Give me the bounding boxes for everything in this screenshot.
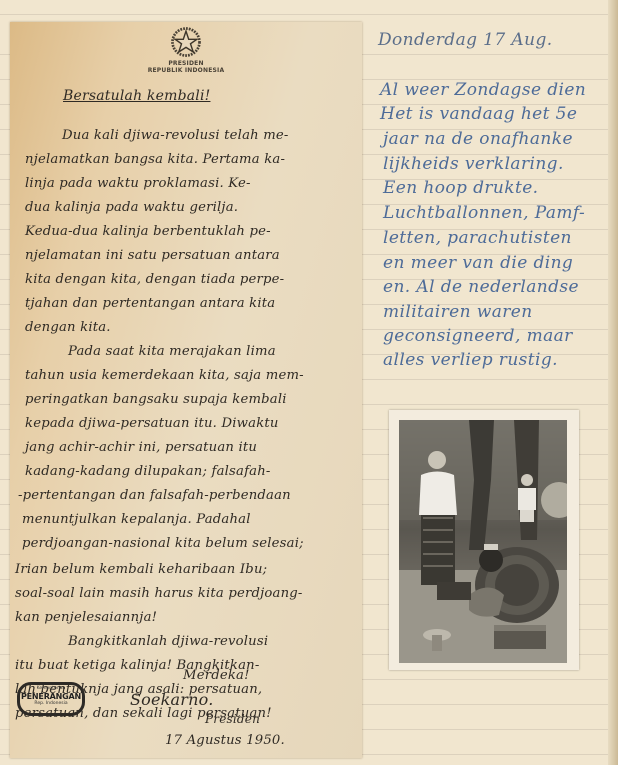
snapshot-photo bbox=[399, 420, 567, 663]
diary-line: alles verliep rustig. bbox=[383, 350, 558, 370]
diary-line: en meer van die ding bbox=[383, 253, 573, 273]
stamp-middle: PENERANGAN bbox=[20, 692, 82, 701]
letter-line: kepada djiwa-persatuan itu. Diwaktu bbox=[25, 416, 279, 431]
letterhead-line-1: PRESIDEN bbox=[10, 60, 362, 67]
diary-line: Al weer Zondagse dien bbox=[380, 80, 586, 100]
diary-line: lijkheids verklaring. bbox=[383, 154, 564, 174]
letter-line: kan penjelesaiannja! bbox=[15, 610, 157, 625]
letter-line: peringatkan bangsaku supaja kembali bbox=[25, 392, 287, 407]
president-letter: PRESIDEN REPUBLIK INDONESIA Bersatulah k… bbox=[10, 22, 362, 758]
letter-line: njelamatan ini satu persatuan antara bbox=[25, 248, 280, 263]
star-wreath-emblem-icon bbox=[168, 24, 204, 60]
letter-line: dengan kita. bbox=[25, 320, 111, 335]
photo-frame bbox=[389, 410, 579, 670]
penerangan-stamp: Kementerian PENERANGAN Rep. Indonesia bbox=[17, 682, 85, 716]
page-edge bbox=[608, 0, 618, 765]
diary-date: Donderdag 17 Aug. bbox=[378, 30, 553, 50]
letter-line: perdjoangan-nasional kita belum selesai; bbox=[22, 536, 304, 551]
letter-line: Kedua-dua kalinja berbentuklah pe- bbox=[25, 224, 271, 239]
letter-line: Irian belum kembali keharibaan Ibu; bbox=[15, 562, 267, 577]
letter-line: linja pada waktu proklamasi. Ke- bbox=[25, 176, 251, 191]
letter-line: menuntjulkan kepalanja. Padahal bbox=[22, 512, 251, 527]
letter-line: njelamatkan bangsa kita. Pertama ka- bbox=[25, 152, 285, 167]
letter-line: kadang-kadang dilupakan; falsafah- bbox=[25, 464, 271, 479]
diary-line: militairen waren bbox=[383, 302, 533, 322]
letter-line: jang achir-achir ini, persatuan itu bbox=[25, 440, 257, 455]
letter-line: soal-soal lain masih harus kita perdjoan… bbox=[15, 586, 303, 601]
diary-line: jaar na de onafhanke bbox=[383, 129, 573, 149]
letter-date: 17 Agustus 1950. bbox=[165, 733, 285, 748]
letter-line: tjahan dan pertentangan antara kita bbox=[25, 296, 275, 311]
letter-line: kita dengan kita, dengan tiada perpe- bbox=[25, 272, 284, 287]
letter-closing: Merdeka! bbox=[183, 668, 250, 683]
letter-line: Pada saat kita merajakan lima bbox=[68, 344, 276, 359]
diary-line: Een hoop drukte. bbox=[383, 178, 538, 198]
letter-line: tahun usia kemerdekaan kita, saja mem- bbox=[25, 368, 304, 383]
letter-title: Bersatulah kembali! bbox=[63, 88, 210, 104]
diary-line: Luchtballonnen, Pamf- bbox=[383, 203, 585, 223]
diary-line: geconsigneerd, maar bbox=[383, 326, 573, 346]
photo-image-icon bbox=[399, 420, 567, 663]
stamp-bottom: Rep. Indonesia bbox=[20, 701, 82, 707]
letter-line: Dua kali djiwa-revolusi telah me- bbox=[62, 128, 289, 143]
letterhead-line-2: REPUBLIK INDONESIA bbox=[10, 67, 362, 74]
letter-line: Bangkitkanlah djiwa-revolusi bbox=[68, 634, 268, 649]
letter-line: dua kalinja pada waktu gerilja. bbox=[25, 200, 238, 215]
letter-line: -pertentangan dan falsafah-perbendaan bbox=[18, 488, 291, 503]
letter-signature-title: Presiden bbox=[205, 712, 260, 726]
diary-line: Het is vandaag het 5e bbox=[380, 104, 577, 124]
letterhead: PRESIDEN REPUBLIK INDONESIA bbox=[10, 24, 362, 74]
letter-signature: Soekarno. bbox=[130, 690, 214, 709]
diary-line: letten, parachutisten bbox=[383, 228, 572, 248]
diary-line: en. Al de nederlandse bbox=[383, 277, 579, 297]
